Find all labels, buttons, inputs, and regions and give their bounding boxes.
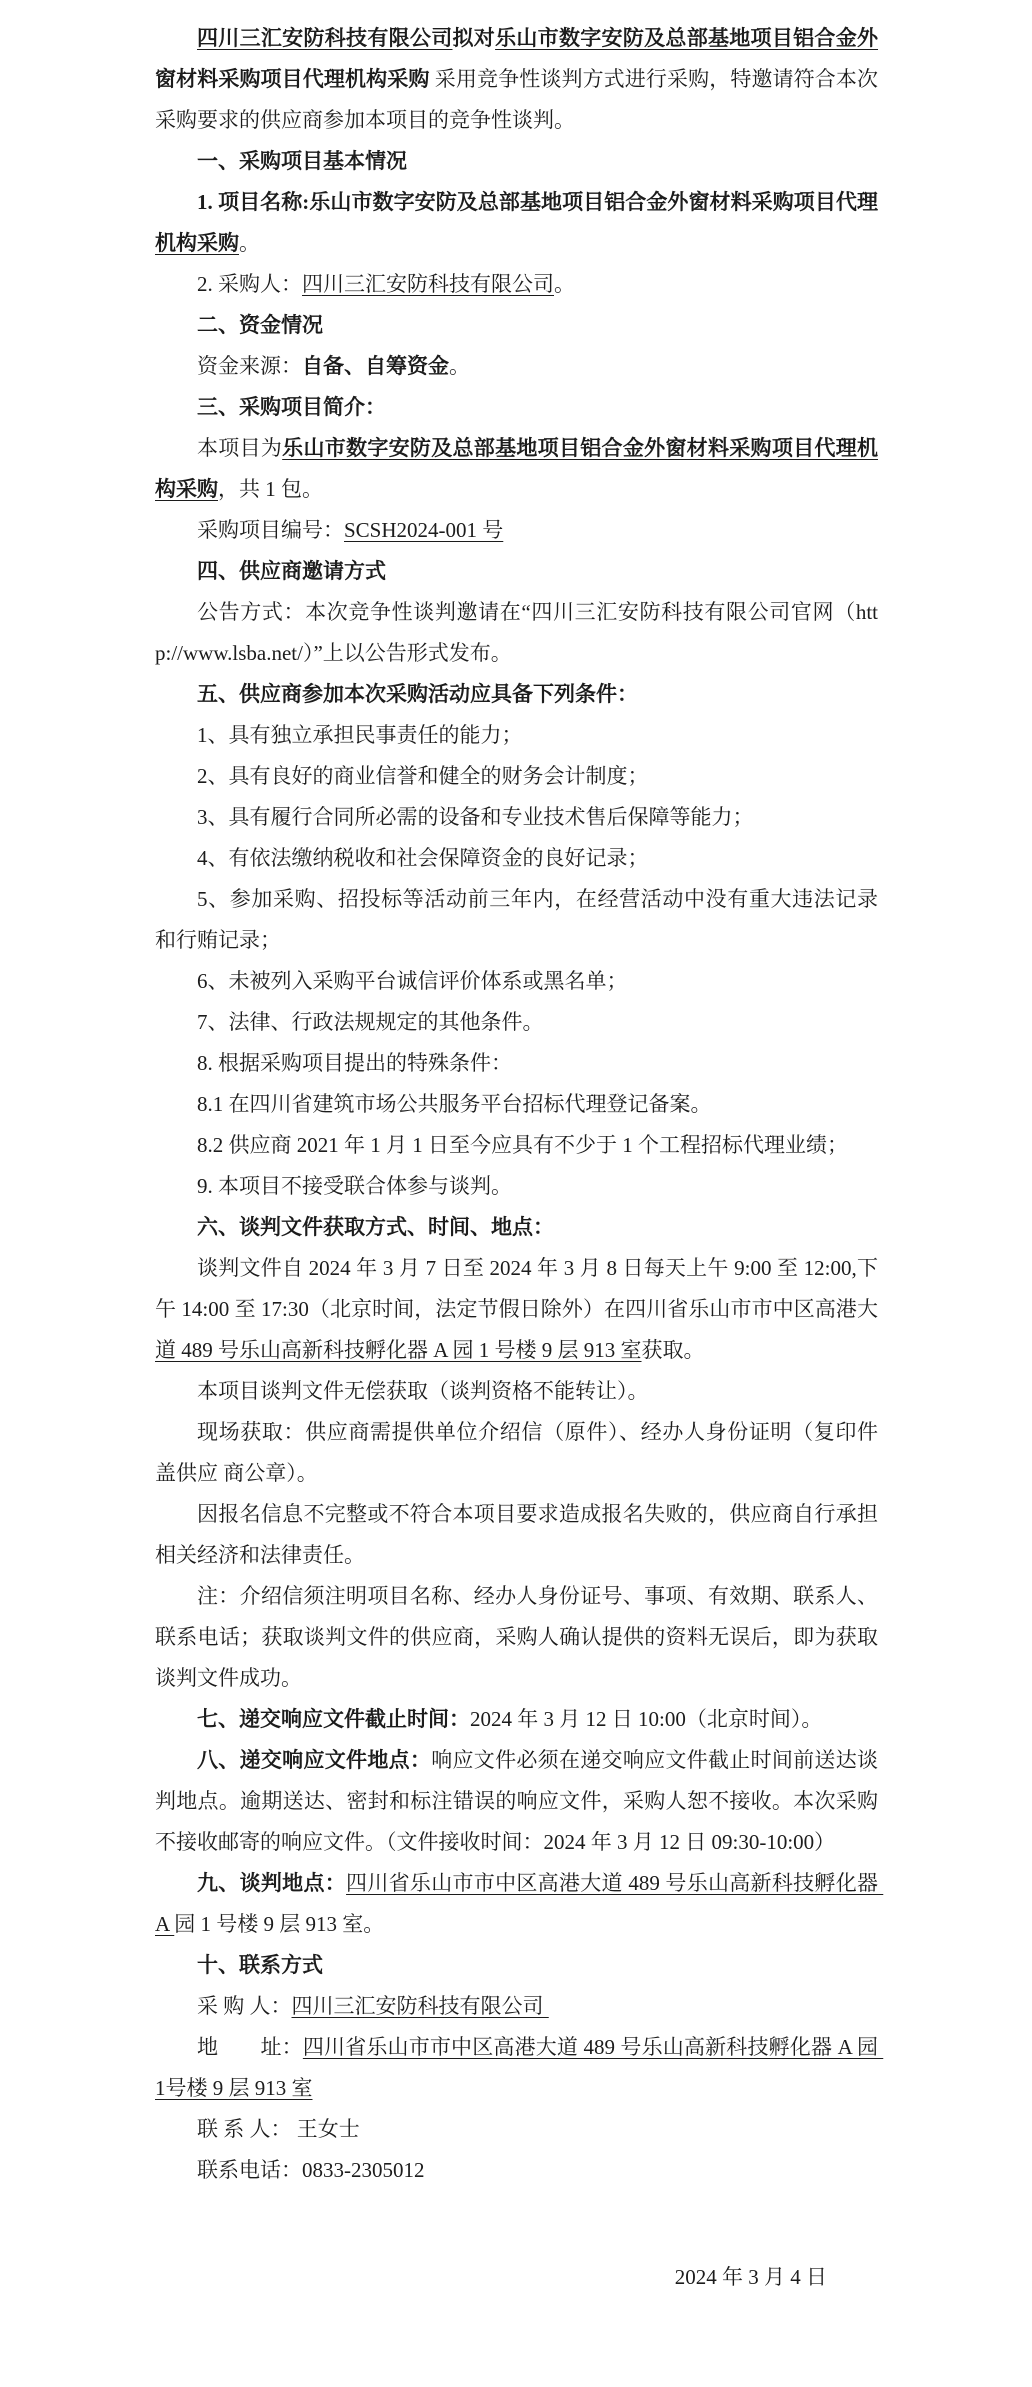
contact-phone: 联系电话：0833-2305012	[155, 2150, 878, 2191]
bold-text: 乐山市数字安防及总部基地项目铝合金外	[495, 26, 878, 50]
heading-invitation-method: 四、供应商邀请方式	[155, 551, 878, 592]
bold-text: 五、供应商参加本次采购活动应具备下列条件：	[197, 682, 638, 706]
underlined-text: SCSH2024-001 号	[344, 518, 503, 542]
text: 2024 年 3 月 12 日 10:00（北京时间）。	[470, 1707, 822, 1731]
heading-supplier-conditions: 五、供应商参加本次采购活动应具备下列条件：	[155, 674, 878, 715]
contact-address: 地 址：四川省乐山市市中区高港大道 489 号乐山高新科技孵化器 A 园 1号楼…	[155, 2027, 878, 2109]
bold-text: 拟对	[452, 26, 495, 50]
item-fund-source: 资金来源：自备、自筹资金。	[155, 346, 878, 387]
text: 9. 本项目不接受联合体参与谈判。	[197, 1174, 512, 1198]
text: 联 系 人： 王女士	[197, 2117, 360, 2141]
negotiation-place-paragraph: 九、谈判地点：四川省乐山市市中区高港大道 489 号乐山高新科技孵化器 A 园 …	[155, 1863, 878, 1945]
item-project-number: 采购项目编号：SCSH2024-001 号	[155, 510, 878, 551]
text: 6、未被列入采购平台诚信评价体系或黑名单；	[197, 969, 628, 993]
condition-2: 2、具有良好的商业信誉和健全的财务会计制度；	[155, 756, 878, 797]
condition-7: 7、法律、行政法规规定的其他条件。	[155, 1002, 878, 1043]
condition-8-1: 8.1 在四川省建筑市场公共服务平台招标代理登记备案。	[155, 1084, 878, 1125]
text: 8.1 在四川省建筑市场公共服务平台招标代理登记备案。	[197, 1092, 712, 1116]
text: 1、具有独立承担民事责任的能力；	[197, 723, 523, 747]
text: 2、具有良好的商业信誉和健全的财务会计制度；	[197, 764, 649, 788]
text: 5、参加采购、招投标等活动前三年内，在经营活动中没有重大违法记录和行贿记录；	[155, 887, 878, 952]
text: 因报名信息不完整或不符合本项目要求造成报名失败的，供应商自行承担相关经济和法律责…	[155, 1502, 878, 1567]
text: 公告方式：本次竞争性谈判邀请在“四川三汇安防科技有限公司官网（http://ww…	[155, 600, 878, 665]
announcement-method-paragraph: 公告方式：本次竞争性谈判邀请在“四川三汇安防科技有限公司官网（http://ww…	[155, 592, 878, 674]
intro-paragraph: 四川三汇安防科技有限公司拟对乐山市数字安防及总部基地项目铝合金外窗材料采购项目代…	[155, 18, 878, 141]
bold-text: 七、递交响应文件截止时间：	[197, 1707, 470, 1731]
bold-text: 四、供应商邀请方式	[197, 559, 386, 583]
text: 2024 年 3 月 4 日	[675, 2265, 827, 2289]
bold-text: 乐山市数字安防及总部基地项目铝合金外窗材料采购项目代理	[309, 190, 878, 214]
document-body: 四川三汇安防科技有限公司拟对乐山市数字安防及总部基地项目铝合金外窗材料采购项目代…	[155, 18, 878, 2298]
bold-text: 一、采购项目基本情况	[197, 149, 407, 173]
heading-contact: 十、联系方式	[155, 1945, 878, 1986]
project-brief-paragraph: 本项目为乐山市数字安防及总部基地项目铝合金外窗材料采购项目代理机构采购，共 1 …	[155, 428, 878, 510]
obtain-time-place-paragraph: 谈判文件自 2024 年 3 月 7 日至 2024 年 3 月 8 日每天上午…	[155, 1248, 878, 1371]
bold-text: 三、采购项目简介：	[197, 395, 386, 419]
text: 8. 根据采购项目提出的特殊条件：	[197, 1051, 512, 1075]
heading-funds: 二、资金情况	[155, 305, 878, 346]
bold-text: 二、资金情况	[197, 313, 323, 337]
text: 联系电话：0833-2305012	[197, 2158, 425, 2182]
note-paragraph: 注：介绍信须注明项目名称、经办人身份证号、事项、有效期、联系人、联系电话；获取谈…	[155, 1576, 878, 1699]
condition-4: 4、有依法缴纳税收和社会保障资金的良好记录；	[155, 838, 878, 879]
heading-document-obtain: 六、谈判文件获取方式、时间、地点：	[155, 1207, 878, 1248]
contact-purchaser: 采 购 人：四川三汇安防科技有限公司	[155, 1986, 878, 2027]
text: 2. 采购人：	[197, 272, 302, 296]
submission-place-paragraph: 八、递交响应文件地点：响应文件必须在递交响应文件截止时间前送达谈判地点。逾期送达…	[155, 1740, 878, 1863]
text: 谈判文件自 2024 年 3 月 7 日至 2024 年 3 月 8 日每天上午…	[155, 1256, 878, 1321]
text: 4、有依法缴纳税收和社会保障资金的良好记录；	[197, 846, 649, 870]
condition-3: 3、具有履行合同所必需的设备和专业技术售后保障等能力；	[155, 797, 878, 838]
text: 8.2 供应商 2021 年 1 月 1 日至今应具有不少于 1 个工程招标代理…	[197, 1133, 848, 1157]
text: 7、法律、行政法规规定的其他条件。	[197, 1010, 544, 1034]
condition-6: 6、未被列入采购平台诚信评价体系或黑名单；	[155, 961, 878, 1002]
bold-text: 窗材料采购项目代理机构采购	[155, 67, 429, 91]
text: 园 1 号楼 9 层 913 室。	[174, 1912, 384, 1936]
bold-text: 1. 项目名称:	[197, 190, 309, 214]
text: 注：介绍信须注明项目名称、经办人身份证号、事项、有效期、联系人、联系电话；获取谈…	[155, 1584, 878, 1690]
underlined-text: 四川三汇安防科技有限公司	[292, 1994, 549, 2018]
text: 3、具有履行合同所必需的设备和专业技术售后保障等能力；	[197, 805, 754, 829]
onsite-obtain-paragraph: 现场获取：供应商需提供单位介绍信（原件）、经办人身份证明（复印件盖供应 商公章）…	[155, 1412, 878, 1494]
condition-8-2: 8.2 供应商 2021 年 1 月 1 日至今应具有不少于 1 个工程招标代理…	[155, 1125, 878, 1166]
item-purchaser: 2. 采购人：四川三汇安防科技有限公司。	[155, 264, 878, 305]
condition-9: 9. 本项目不接受联合体参与谈判。	[155, 1166, 878, 1207]
text: ，共 1 包。	[218, 477, 323, 501]
document-page: 四川三汇安防科技有限公司拟对乐山市数字安防及总部基地项目铝合金外窗材料采购项目代…	[0, 0, 1032, 2387]
underlined-text: 四川三汇安防科技有限公司	[302, 272, 554, 296]
heading-basic-info: 一、采购项目基本情况	[155, 141, 878, 182]
text: 地 址：	[197, 2035, 303, 2059]
deadline-paragraph: 七、递交响应文件截止时间：2024 年 3 月 12 日 10:00（北京时间）…	[155, 1699, 878, 1740]
bold-text: 六、谈判文件获取方式、时间、地点：	[197, 1215, 554, 1239]
date-line: 2024 年 3 月 4 日	[155, 2257, 878, 2298]
text: 获取。	[642, 1338, 705, 1362]
text: 资金来源：	[197, 354, 302, 378]
text: 。	[449, 354, 470, 378]
bold-text: 十、联系方式	[197, 1953, 323, 1977]
text: 采购项目编号：	[197, 518, 344, 542]
condition-8: 8. 根据采购项目提出的特殊条件：	[155, 1043, 878, 1084]
registration-failure-paragraph: 因报名信息不完整或不符合本项目要求造成报名失败的，供应商自行承担相关经济和法律责…	[155, 1494, 878, 1576]
text: 本项目谈判文件无偿获取（谈判资格不能转让）。	[197, 1379, 649, 1403]
bold-text: 四川三汇安防科技有限公司	[197, 26, 452, 50]
bold-text: 九、谈判地点：	[197, 1871, 346, 1895]
obtain-free-paragraph: 本项目谈判文件无偿获取（谈判资格不能转让）。	[155, 1371, 878, 1412]
text: 。	[239, 231, 260, 255]
contact-person: 联 系 人： 王女士	[155, 2109, 878, 2150]
heading-project-brief: 三、采购项目简介：	[155, 387, 878, 428]
bold-text: 八、递交响应文件地点：	[197, 1748, 431, 1772]
text: 现场获取：供应商需提供单位介绍信（原件）、经办人身份证明（复印件盖供应 商公章）…	[155, 1420, 878, 1485]
text: 采 购 人：	[197, 1994, 292, 2018]
text: 。	[554, 272, 575, 296]
condition-1: 1、具有独立承担民事责任的能力；	[155, 715, 878, 756]
bold-text: 自备、自筹资金	[302, 354, 449, 378]
condition-5: 5、参加采购、招投标等活动前三年内，在经营活动中没有重大违法记录和行贿记录；	[155, 879, 878, 961]
text: 本项目为	[197, 436, 282, 460]
item-project-name: 1. 项目名称:乐山市数字安防及总部基地项目铝合金外窗材料采购项目代理机构采购。	[155, 182, 878, 264]
bold-text: 机构采购	[155, 231, 239, 255]
underlined-text: 道 489 号乐山高新科技孵化器 A 园 1 号楼 9 层 913 室	[155, 1338, 642, 1362]
